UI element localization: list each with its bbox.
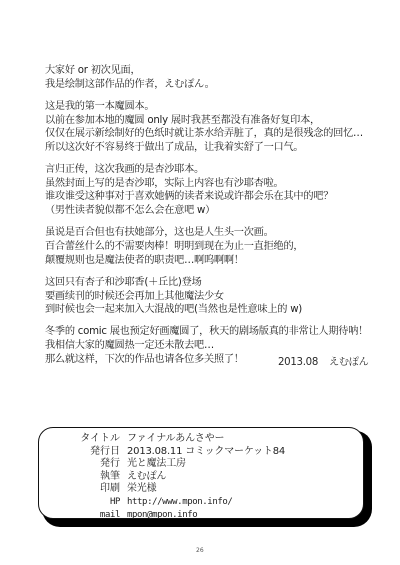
colophon-value: 光と魔法工房 [127,458,186,471]
colophon-row-publisher: 発行 光と魔法工房 [39,458,363,471]
text-line: 颠覆规则也是魔法使者的职责吧…啊呜啊啊！ [45,254,395,268]
text-line: 大家好 or 初次见面， [45,64,395,78]
colophon-row-printer: 印刷 栄光様 [39,483,363,496]
signature-author: えむぽん [329,357,369,368]
text-line: 谁攻谁受这种事对于喜欢她俩的读者来说或许都会乐在其中的吧？ [45,190,395,204]
text-line: 所以这次好不容易终于做出了成品，让我着实舒了一口气。 [45,141,395,155]
text-line: 我是绘制这部作品的作者，えむぽん。 [45,78,395,92]
content-paragraph: 言归正传，这次我画的是杏沙耶本。 虽然封面上写的是杏沙耶，实际上内容也有沙耶杏啦… [45,163,395,217]
text-line: 冬季的 comic 展也预定好画魔圆了，秋天的剧场版真的非常让人期待呐！ [45,325,395,339]
colophon-label: HP [39,496,127,509]
text-line: 这是我的第一本魔圆本。 [45,100,395,114]
colophon-row-date: 発行日 2013.08.11 コミックマーケット84 [39,446,363,459]
text-line: 我相信大家的魔圆热一定还未散去吧… [45,339,395,353]
text-line: 以前在参加本地的魔圆 only 展时我甚至都没有准备好复印本， [45,114,395,128]
colophon-row-title: タイトル ファイナルあんさやー [39,433,363,446]
colophon-label: mail [39,509,127,522]
text-line: 言归正传，这次我画的是杏沙耶本。 [45,163,395,177]
text-line: 百合蕾丝什么的不需要肉棒！明明到现在为止一直拒绝的， [45,240,395,254]
homepage-link[interactable]: http://www.mpon.info/ [127,496,232,509]
page-number: 26 [196,547,204,554]
colophon-value: 2013.08.11 コミックマーケット84 [127,446,285,459]
signature: 2013.08 えむぽん [278,353,369,368]
colophon-label: 発行 [39,458,127,471]
text-line: （男性读者貌似都不怎么会在意吧 w） [45,204,395,218]
colophon-box: タイトル ファイナルあんさやー 発行日 2013.08.11 コミックマーケット… [38,427,364,519]
afterword-text: 大家好 or 初次见面， 我是绘制这部作品的作者，えむぽん。 这是我的第一本魔圆… [45,64,395,375]
text-line: 要画续刊的时候还会再加上其他魔法少女 [45,290,395,304]
colophon-rows: タイトル ファイナルあんさやー 発行日 2013.08.11 コミックマーケット… [39,433,363,521]
colophon-row-homepage: HP http://www.mpon.info/ [39,496,363,509]
colophon-label: 執筆 [39,471,127,484]
text-line: 到时候也会一起来加入大混战的吧(当然也是性意味上的 w) [45,303,395,317]
colophon-label: タイトル [39,433,127,446]
first-book-paragraph: 这是我的第一本魔圆本。 以前在参加本地的魔圆 only 展时我甚至都没有准备好复… [45,100,395,154]
text-line: 虽然封面上写的是杏沙耶，实际上内容也有沙耶杏啦。 [45,177,395,191]
colophon-row-mail: mail mpon@mpon.info [39,509,363,522]
colophon-value: ファイナルあんさやー [127,433,224,446]
signature-date: 2013.08 [278,357,318,368]
greeting-paragraph: 大家好 or 初次见面， 我是绘制这部作品的作者，えむぽん。 [45,64,395,91]
text-line: 仅仅在展示新绘制好的色纸时就让茶水给弄脏了，真的是很残念的回忆… [45,127,395,141]
colophon-value: えむぽん [127,471,166,484]
colophon-value: 栄光様 [127,483,156,496]
colophon-label: 発行日 [39,446,127,459]
email-link[interactable]: mpon@mpon.info [127,509,197,522]
first-time-paragraph: 虽说是百合但也有扶她部分，这也是人生头一次画。 百合蕾丝什么的不需要肉棒！明明到… [45,226,395,267]
text-line: 这回只有杏子和沙耶香(＋丘比)登场 [45,276,395,290]
colophon-row-author: 執筆 えむぽん [39,471,363,484]
colophon-label: 印刷 [39,483,127,496]
text-line: 虽说是百合但也有扶她部分，这也是人生头一次画。 [45,226,395,240]
characters-paragraph: 这回只有杏子和沙耶香(＋丘比)登场 要画续刊的时候还会再加上其他魔法少女 到时候… [45,276,395,317]
